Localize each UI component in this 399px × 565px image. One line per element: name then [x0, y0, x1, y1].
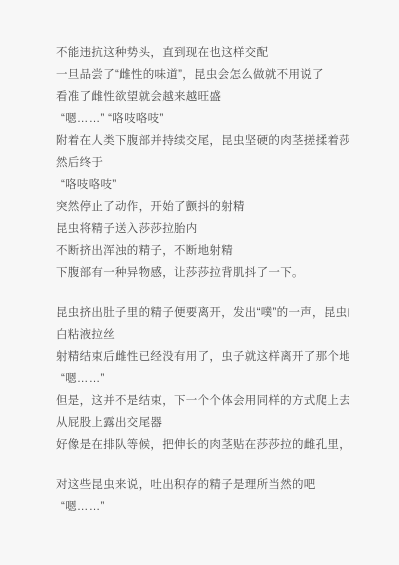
text-line: 不能违抗这种势头，直到现在也这样交配 — [56, 42, 349, 64]
text-line: 昆虫挤出肚子里的精子便要离开，发出“噗”的一声，昆虫的交配器被拔出 — [56, 302, 349, 324]
novel-reader-page: 不能违抗这种势头，直到现在也这样交配 一旦品尝了“雌性的味道”，昆虫会怎么做就不… — [0, 0, 399, 565]
text-line: 对这些昆虫来说，吐出积存的精子是理所当然的吧 — [56, 474, 349, 496]
text-line-dialogue: “嗯……” — [56, 368, 349, 390]
text-line: 白粘液拉丝 — [56, 324, 349, 346]
text-line: 从屁股上露出交尾器 — [56, 412, 349, 434]
text-line: 不断挤出浑浊的精子，不断地射精 — [56, 240, 349, 262]
text-line-dialogue: “嗯……” “咯吱咯吱” — [56, 108, 349, 130]
text-line: 下腹部有一种异物感，让莎莎拉背肌抖了一下。 — [56, 262, 349, 284]
text-line: 一旦品尝了“雌性的味道”，昆虫会怎么做就不用说了 — [56, 64, 349, 86]
text-line: 好像是在排队等候，把伸长的肉茎贴在莎莎拉的雌孔里，第二只也开始交尾 — [56, 434, 349, 456]
text-line: 射精结束后雌性已经没有用了，虫子就这样离开了那个地方 — [56, 346, 349, 368]
novel-text-body: 不能违抗这种势头，直到现在也这样交配 一旦品尝了“雌性的味道”，昆虫会怎么做就不… — [56, 42, 349, 518]
text-line: 昆虫将精子送入莎莎拉胎内 — [56, 218, 349, 240]
text-line: 附着在人类下腹部并持续交尾，昆虫坚硬的肉茎搓揉着莎莎拉的粘膜上 — [56, 130, 349, 152]
text-line-dialogue: “嗯……” — [56, 496, 349, 518]
text-line-dialogue: “咯吱咯吱” — [56, 174, 349, 196]
text-line: 然后终于 — [56, 152, 349, 174]
text-line: 但是，这并不是结束，下一个个体会用同样的方式爬上去 — [56, 390, 349, 412]
text-line: 看准了雌性欲望就会越来越旺盛 — [56, 86, 349, 108]
text-line: 突然停止了动作，开始了颤抖的射精 — [56, 196, 349, 218]
